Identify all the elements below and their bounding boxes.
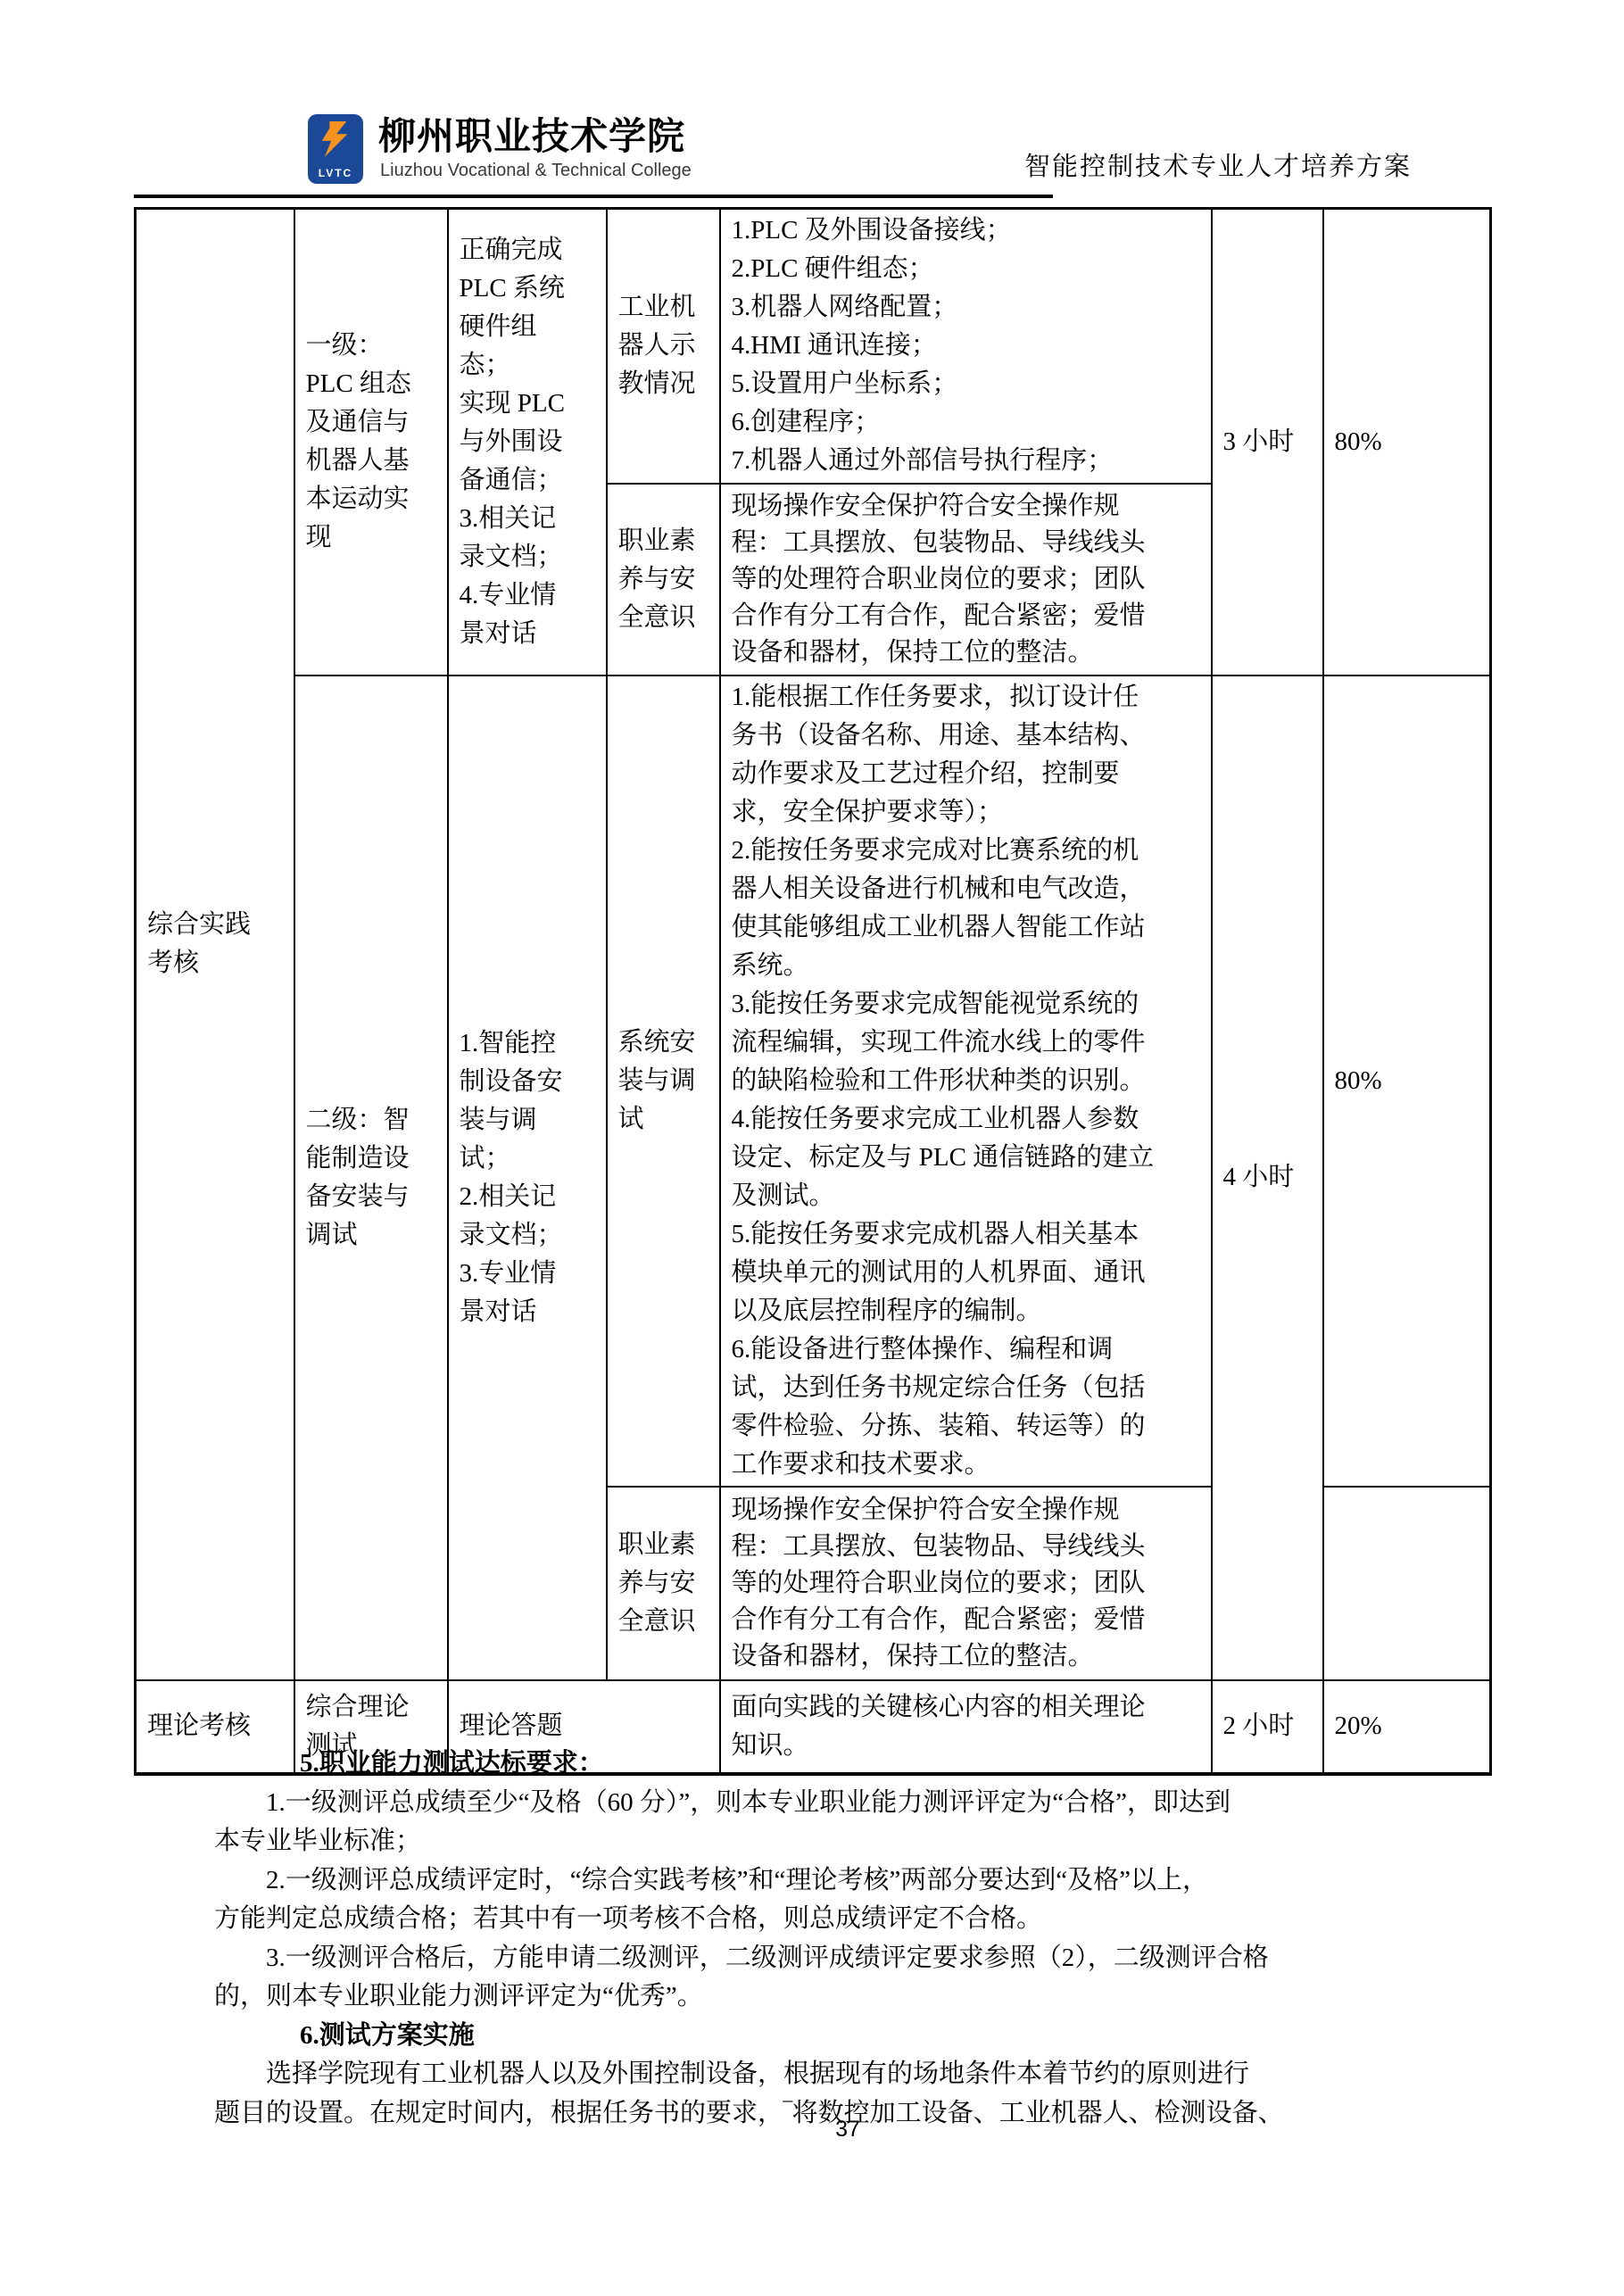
logo-abbr-text: LVTC bbox=[319, 167, 352, 179]
cell-level2-weight: 80% bbox=[1323, 676, 1491, 1487]
page-number: 37 bbox=[214, 2117, 1481, 2143]
cell-level1-weight: 80% bbox=[1323, 209, 1491, 676]
cell-level2-weight-empty bbox=[1323, 1487, 1491, 1680]
cell-level1-aspect1-label: 工业机 器人示 教情况 bbox=[607, 209, 720, 484]
notes-para-2: 2.一级测评总成绩评定时，“综合实践考核”和“理论考核”两部分要达到“及格”以上… bbox=[214, 1861, 1481, 1939]
college-name-english: Liuzhou Vocational & Technical College bbox=[380, 161, 692, 181]
notes-heading-6: 6.测试方案实施 bbox=[214, 2017, 1481, 2056]
cell-level2-name: 二级：智 能制造设 备安装与 调试 bbox=[294, 676, 448, 1680]
cell-level2-requirements: 1.智能控 制设备安 装与调 试； 2.相关记 录文档； 3.专业情 景对话 bbox=[448, 676, 607, 1680]
notes-para-3: 3.一级测评合格后，方能申请二级测评，二级测评成绩评定要求参照（2），二级测评合… bbox=[214, 1939, 1481, 2017]
cell-level2-duration: 4 小时 bbox=[1212, 676, 1323, 1680]
cell-level1-requirements: 正确完成 PLC 系统 硬件组 态； 实现 PLC 与外围设 备通信； 3.相关… bbox=[448, 209, 607, 676]
cell-level2-aspect1-content: 1.能根据工作任务要求，拟订设计任 务书（设备名称、用途、基本结构、 动作要求及… bbox=[720, 676, 1212, 1487]
cell-level2-aspect1-label: 系统安 装与调 试 bbox=[607, 676, 720, 1487]
cell-level2-aspect2-label: 职业素 养与安 全意识 bbox=[607, 1487, 720, 1680]
notes-section: 5.职业能力测试达标要求： 1.一级测评总成绩至少“及格（60 分）”，则本专业… bbox=[214, 1745, 1481, 2133]
document-title: 智能控制技术专业人才培养方案 bbox=[1024, 146, 1412, 183]
header-rule-divider bbox=[134, 195, 1053, 198]
lvtc-lightning-bolt-icon bbox=[319, 120, 352, 163]
cell-level1-aspect2-content: 现场操作安全保护符合安全操作规 程：工具摆放、包装物品、导线线头 等的处理符合职… bbox=[720, 484, 1212, 676]
document-page: LVTC 柳州职业技术学院 Liuzhou Vocational & Techn… bbox=[0, 0, 1624, 2296]
cell-level2-aspect2-content: 现场操作安全保护符合安全操作规 程：工具摆放、包装物品、导线线头 等的处理符合职… bbox=[720, 1487, 1212, 1680]
college-name-chinese: 柳州职业技术学院 bbox=[378, 107, 685, 161]
college-logo: LVTC bbox=[308, 114, 363, 184]
cell-level1-aspect1-content: 1.PLC 及外围设备接线； 2.PLC 硬件组态； 3.机器人网络配置； 4.… bbox=[720, 209, 1212, 484]
cell-level1-aspect2-label: 职业素 养与安 全意识 bbox=[607, 484, 720, 676]
notes-heading-5: 5.职业能力测试达标要求： bbox=[214, 1745, 1481, 1784]
assessment-table: 综合实践 考核 一级： PLC 组态 及通信与 机器人基 本运动实 现 正确完成… bbox=[134, 207, 1492, 1776]
cell-category-practice: 综合实践 考核 bbox=[136, 209, 294, 1680]
cell-level1-duration: 3 小时 bbox=[1212, 209, 1323, 676]
cell-level1-name: 一级： PLC 组态 及通信与 机器人基 本运动实 现 bbox=[294, 209, 448, 676]
notes-para-1: 1.一级测评总成绩至少“及格（60 分）”，则本专业职业能力测评评定为“合格”，… bbox=[214, 1784, 1481, 1861]
